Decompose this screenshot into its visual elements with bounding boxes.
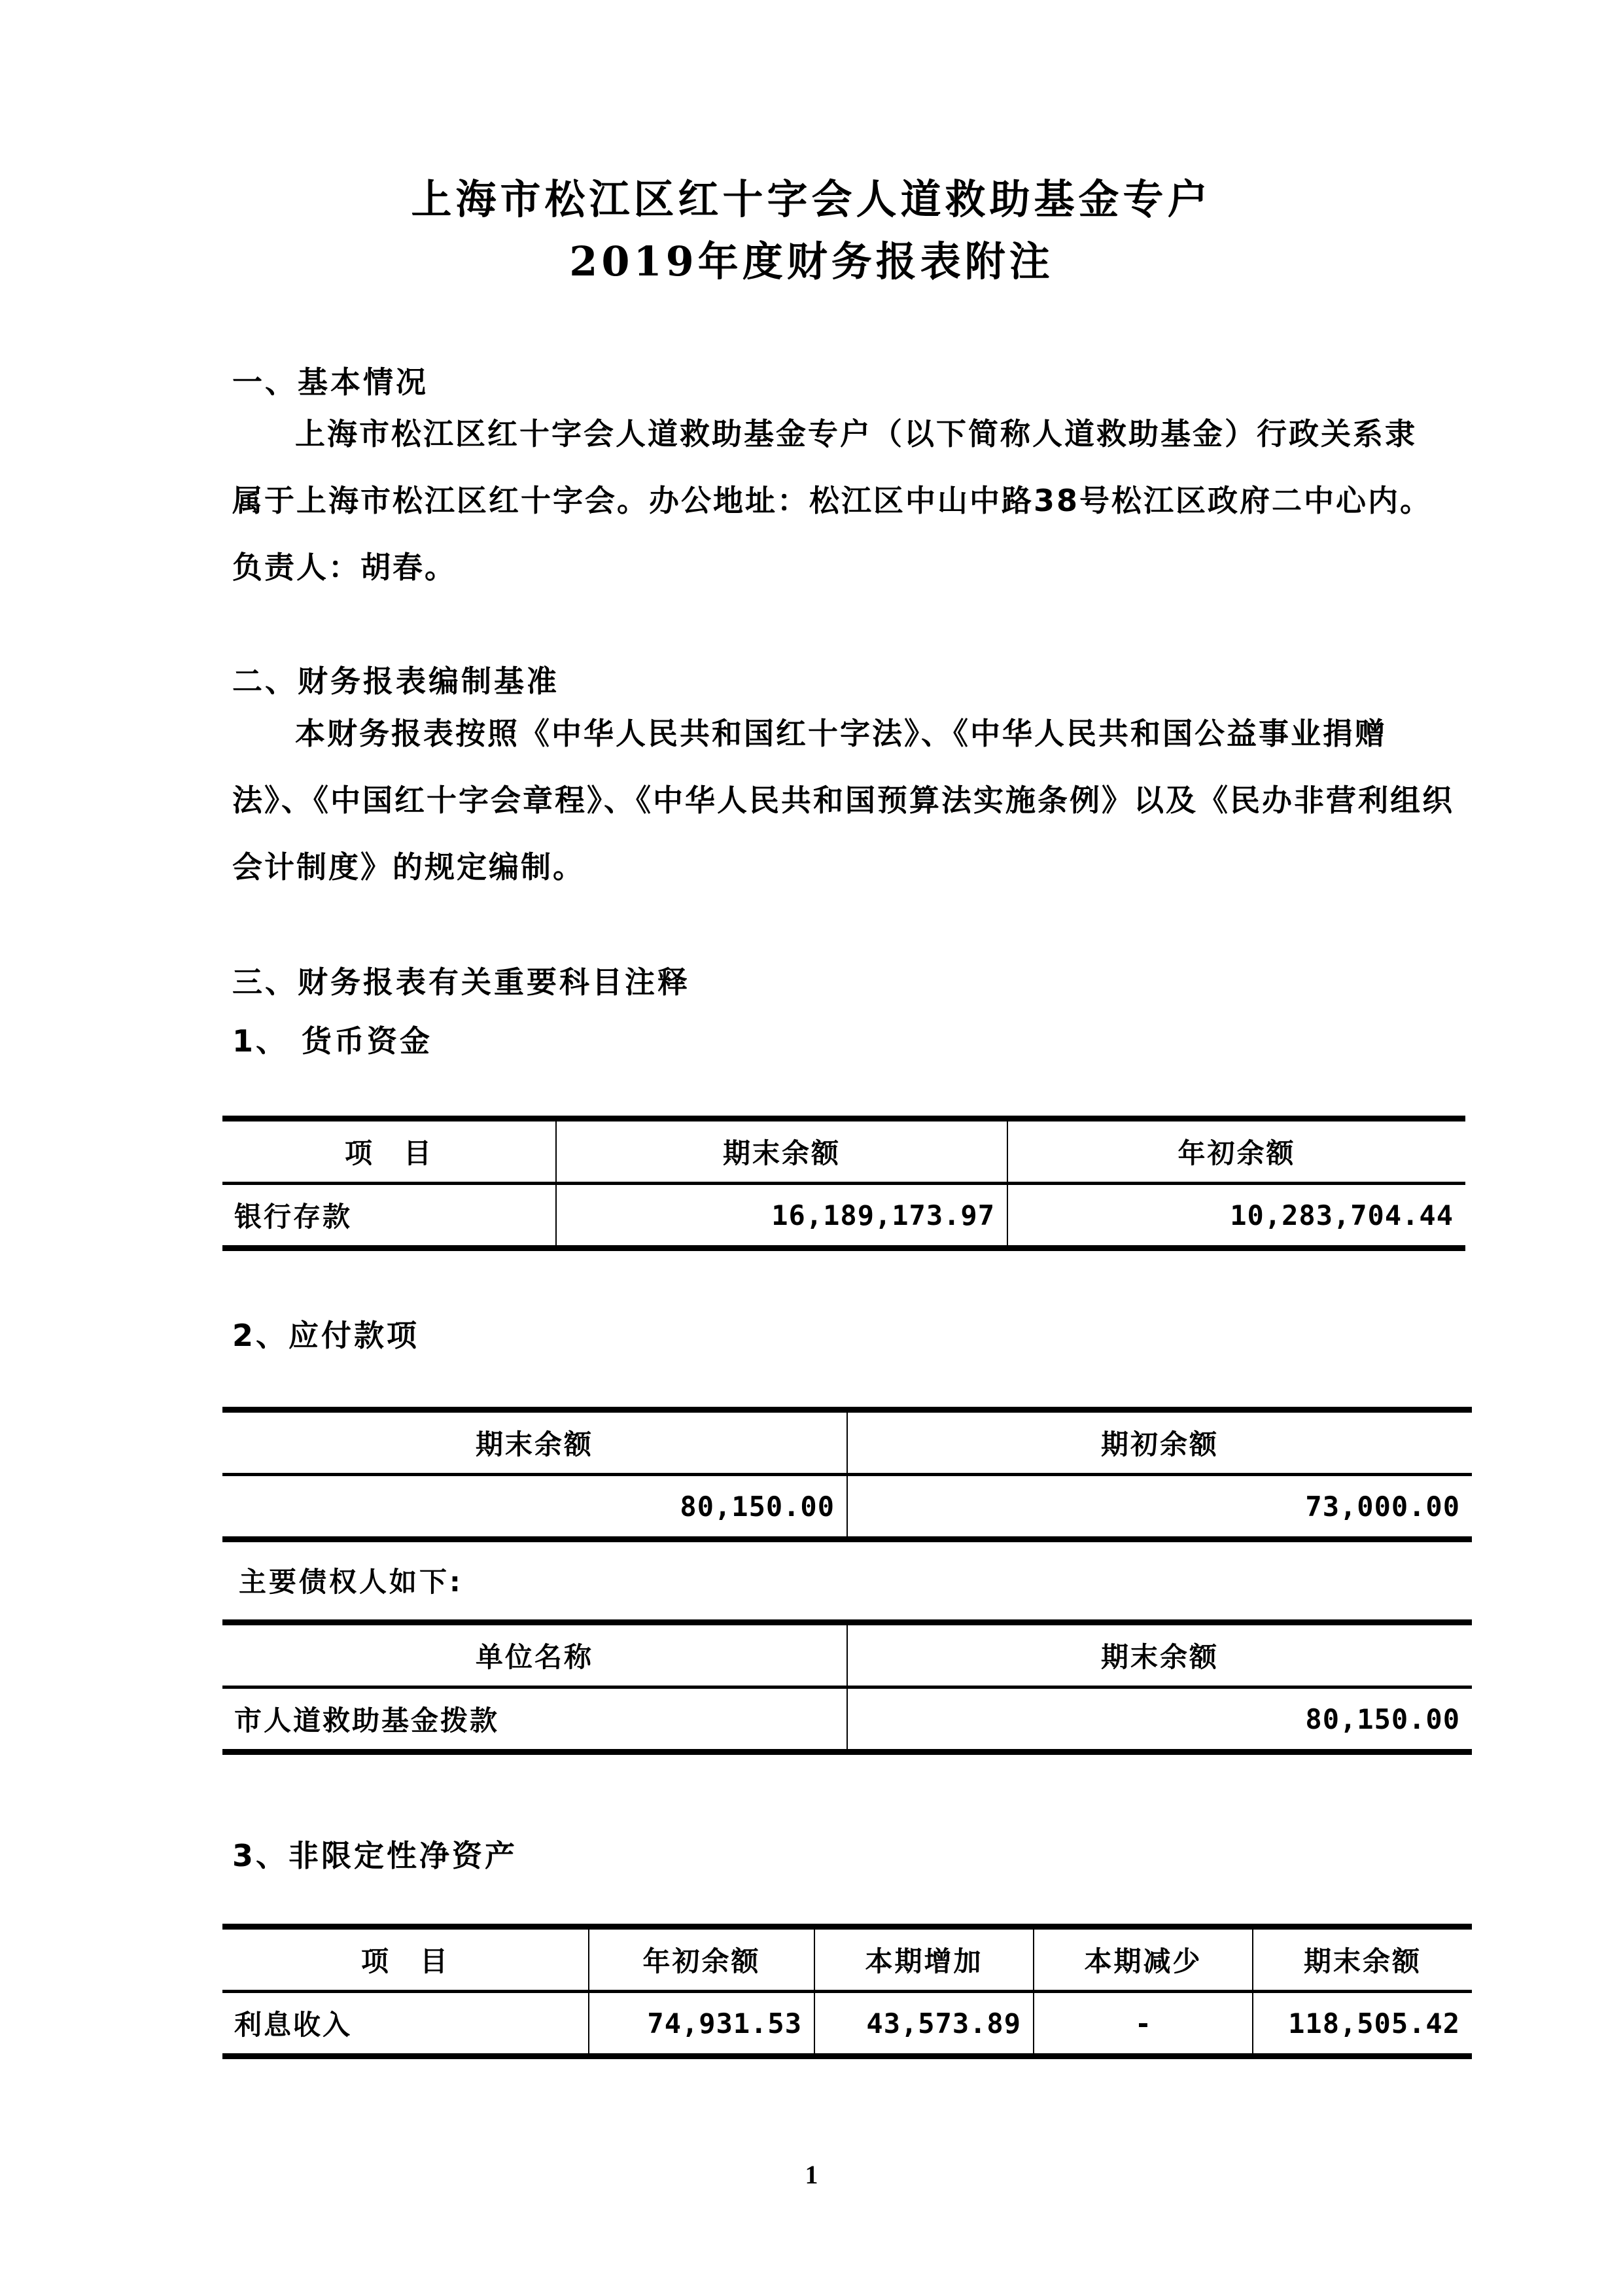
section1-line3: 负责人：胡春。 bbox=[232, 534, 1462, 601]
page-number: 1 bbox=[0, 2159, 1623, 2190]
header-ending-balance: 期末余额 bbox=[1253, 1927, 1472, 1992]
table-row: 利息收入 74,931.53 43,573.89 - 118,505.42 bbox=[222, 1992, 1472, 2057]
document-page: 上海市松江区红十字会人道救助基金专户 2019年度财务报表附注 一、基本情况 上… bbox=[0, 0, 1623, 2296]
cell-ending-balance: 16,189,173.97 bbox=[556, 1184, 1007, 1248]
table-header-row: 项 目 期末余额 年初余额 bbox=[222, 1119, 1465, 1184]
header-increase: 本期增加 bbox=[814, 1927, 1034, 1992]
cell-increase: 43,573.89 bbox=[814, 1992, 1034, 2057]
cell-ending-balance: 118,505.42 bbox=[1253, 1992, 1472, 2057]
section2-paragraph: 本财务报表按照《中华人民共和国红十字法》、《中华人民共和国公益事业捐赠 法》、《… bbox=[232, 700, 1462, 900]
document-title-line1: 上海市松江区红十字会人道救助基金专户 bbox=[0, 167, 1623, 225]
table-header-row: 单位名称 期末余额 bbox=[222, 1623, 1472, 1687]
section3-heading: 三、财务报表有关重要科目注释 bbox=[232, 959, 690, 1002]
section2-line1: 本财务报表按照《中华人民共和国红十字法》、《中华人民共和国公益事业捐赠 bbox=[232, 700, 1462, 767]
header-opening-balance: 年初余额 bbox=[589, 1927, 814, 1992]
item3-heading: 3、非限定性净资产 bbox=[232, 1832, 517, 1875]
cell-item: 银行存款 bbox=[222, 1184, 556, 1248]
creditors-table: 单位名称 期末余额 市人道救助基金拨款 80,150.00 bbox=[222, 1619, 1472, 1755]
header-item: 项 目 bbox=[222, 1119, 556, 1184]
table-row: 银行存款 16,189,173.97 10,283,704.44 bbox=[222, 1184, 1465, 1248]
header-ending-balance: 期末余额 bbox=[556, 1119, 1007, 1184]
cell-opening-balance: 10,283,704.44 bbox=[1007, 1184, 1465, 1248]
payables-table: 期末余额 期初余额 80,150.00 73,000.00 bbox=[222, 1407, 1472, 1542]
table-row: 80,150.00 73,000.00 bbox=[222, 1475, 1472, 1540]
section2-heading: 二、财务报表编制基准 bbox=[232, 658, 559, 701]
cell-ending-balance: 80,150.00 bbox=[222, 1475, 847, 1540]
header-item: 项 目 bbox=[222, 1927, 589, 1992]
cell-ending-balance: 80,150.00 bbox=[847, 1687, 1472, 1752]
table-row: 市人道救助基金拨款 80,150.00 bbox=[222, 1687, 1472, 1752]
header-opening-balance: 期初余额 bbox=[847, 1410, 1472, 1475]
header-opening-balance: 年初余额 bbox=[1007, 1119, 1465, 1184]
cash-table: 项 目 期末余额 年初余额 银行存款 16,189,173.97 10,283,… bbox=[222, 1116, 1465, 1251]
creditors-label: 主要债权人如下: bbox=[239, 1561, 463, 1600]
header-ending-balance: 期末余额 bbox=[222, 1410, 847, 1475]
header-decrease: 本期减少 bbox=[1034, 1927, 1253, 1992]
table-header-row: 项 目 年初余额 本期增加 本期减少 期末余额 bbox=[222, 1927, 1472, 1992]
header-unit-name: 单位名称 bbox=[222, 1623, 847, 1687]
document-title-line2: 2019年度财务报表附注 bbox=[0, 229, 1623, 287]
cell-opening-balance: 73,000.00 bbox=[847, 1475, 1472, 1540]
section1-heading: 一、基本情况 bbox=[232, 359, 428, 402]
item1-heading: 1、 货币资金 bbox=[232, 1017, 432, 1061]
cell-opening-balance: 74,931.53 bbox=[589, 1992, 814, 2057]
table-header-row: 期末余额 期初余额 bbox=[222, 1410, 1472, 1475]
section1-paragraph: 上海市松江区红十字会人道救助基金专户（以下简称人道救助基金）行政关系隶 属于上海… bbox=[232, 400, 1462, 601]
item2-heading: 2、应付款项 bbox=[232, 1312, 419, 1355]
section2-line2: 法》、《中国红十字会章程》、《中华人民共和国预算法实施条例》以及《民办非营利组织 bbox=[232, 767, 1462, 834]
section2-line3: 会计制度》的规定编制。 bbox=[232, 834, 1462, 900]
cell-unit-name: 市人道救助基金拨款 bbox=[222, 1687, 847, 1752]
cell-decrease: - bbox=[1034, 1992, 1253, 2057]
section1-line2: 属于上海市松江区红十字会。办公地址：松江区中山中路38号松江区政府二中心内。 bbox=[232, 467, 1462, 534]
unrestricted-net-assets-table: 项 目 年初余额 本期增加 本期减少 期末余额 利息收入 74,931.53 4… bbox=[222, 1924, 1472, 2059]
header-ending-balance: 期末余额 bbox=[847, 1623, 1472, 1687]
section1-line1: 上海市松江区红十字会人道救助基金专户（以下简称人道救助基金）行政关系隶 bbox=[232, 400, 1462, 467]
cell-item: 利息收入 bbox=[222, 1992, 589, 2057]
